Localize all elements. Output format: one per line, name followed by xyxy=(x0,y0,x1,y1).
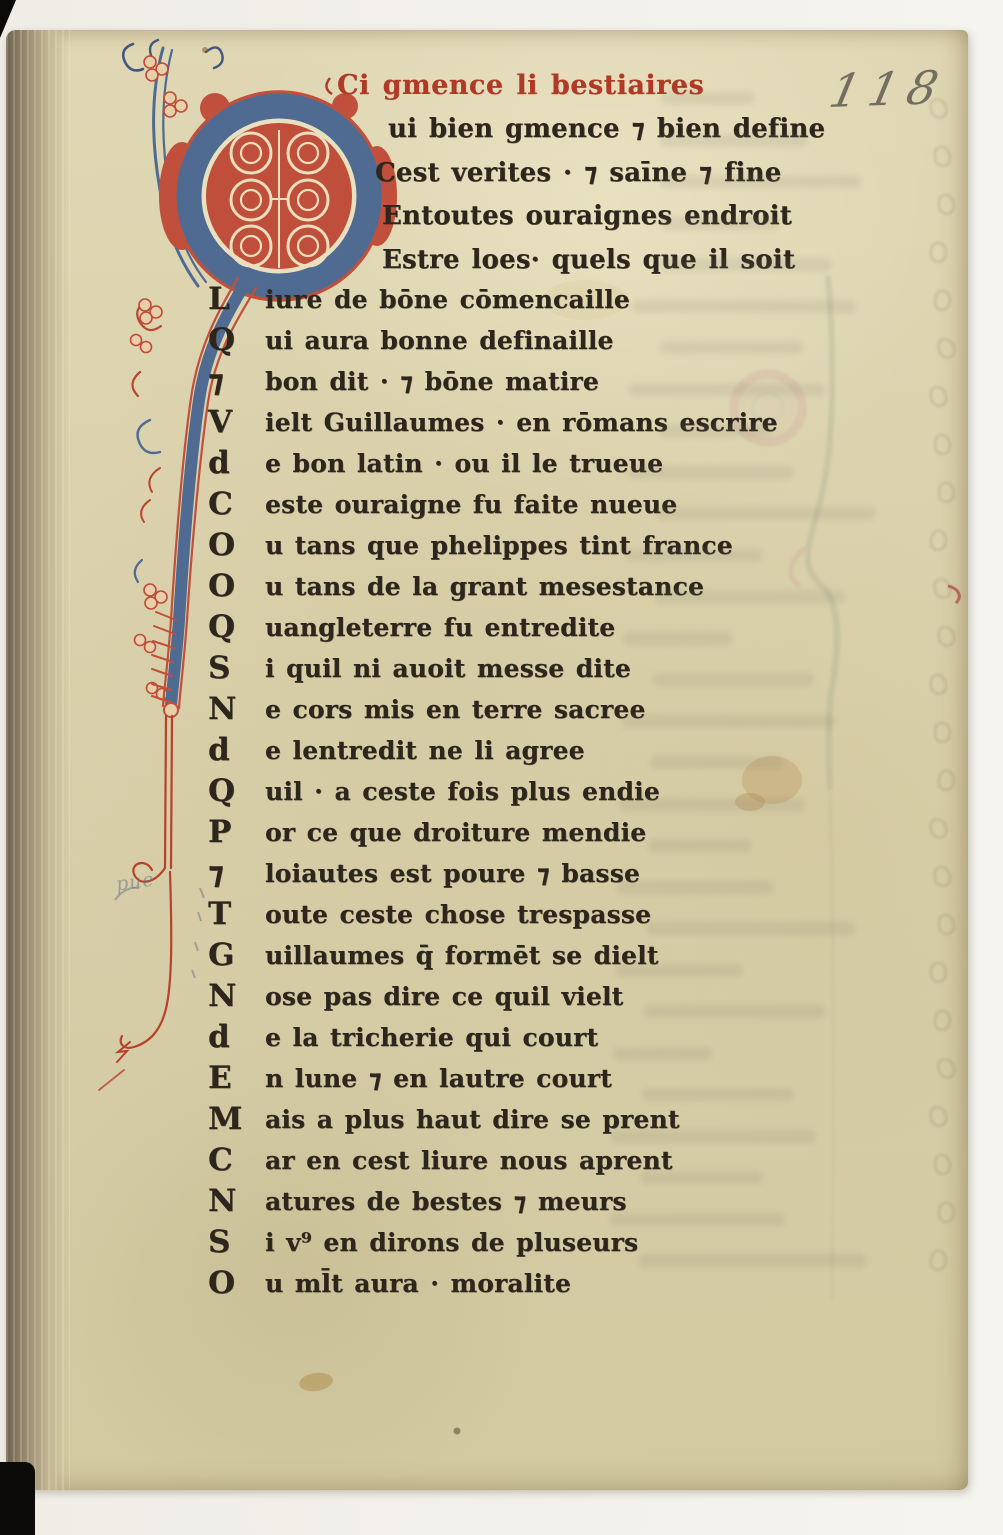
verse-text: n lune ⁊ en lautre court xyxy=(265,1058,612,1099)
marginal-capital: Q xyxy=(208,320,265,361)
marginal-capital: C xyxy=(208,484,265,525)
verse-line: O u ml̄t aura · moralite xyxy=(208,1263,778,1304)
marginal-capital: C xyxy=(208,1140,265,1181)
marginal-capital: V xyxy=(208,402,265,443)
verse-text: ui aura bonne definaille xyxy=(265,320,614,361)
marginal-capital: O xyxy=(208,1263,265,1304)
verse-text: uangleterre fu entredite xyxy=(265,607,615,648)
verse-text: u tans de la grant mesestance xyxy=(265,566,704,607)
marginal-capital: d xyxy=(208,443,265,484)
verse-text: uil · a ceste fois plus endie xyxy=(265,771,660,812)
verse-text: e cors mis en terre sacree xyxy=(265,689,646,730)
rubric-title: Ci gmence li bestiaires xyxy=(337,70,704,101)
manuscript-scan: Ci gmence li bestiaires 118 ui bien gmen… xyxy=(0,0,1003,1535)
verse-text: ar en cest liure nous aprent xyxy=(265,1140,673,1181)
marginal-capital: O xyxy=(208,525,265,566)
marginal-capital: Q xyxy=(208,771,265,812)
verse-text: este ouraigne fu faite nueue xyxy=(265,484,677,525)
verse-text: u ml̄t aura · moralite xyxy=(265,1263,571,1304)
marginal-capital: T xyxy=(208,894,265,935)
marginal-capital: S xyxy=(208,648,265,689)
verse-text: oute ceste chose trespasse xyxy=(265,894,651,935)
verse-text: bon dit · ⁊ bōne matire xyxy=(265,361,599,402)
marginal-capital: N xyxy=(208,976,265,1017)
marginal-capital: L xyxy=(208,279,265,320)
verse-text: loiautes est poure ⁊ basse xyxy=(265,853,640,894)
marginal-capital: d xyxy=(208,730,265,771)
marginal-capital: Q xyxy=(208,607,265,648)
marginal-capital: S xyxy=(208,1222,265,1263)
marginal-capital: O xyxy=(208,566,265,607)
marginal-capital: ⁊ xyxy=(208,853,265,894)
verse-text: iure de bōne cōmencaille xyxy=(265,279,630,320)
verse-text: i quil ni auoit messe dite xyxy=(265,648,631,689)
marginal-capital: M xyxy=(208,1099,265,1140)
marginal-capital: N xyxy=(208,689,265,730)
marginal-capital: d xyxy=(208,1017,265,1058)
marginal-capital: P xyxy=(208,812,265,853)
rubric-paraph xyxy=(326,78,332,94)
marginal-capital: E xyxy=(208,1058,265,1099)
verse-text: or ce que droiture mendie xyxy=(265,812,646,853)
marginal-capital: ⁊ xyxy=(208,361,265,402)
verse-text: e lentredit ne li agree xyxy=(265,730,585,771)
marginal-capital: N xyxy=(208,1181,265,1222)
verse-line: Cest verites · ⁊ saīne ⁊ fine xyxy=(372,152,825,196)
verse-text: e bon latin · ou il le trueue xyxy=(265,443,663,484)
verse-text: ose pas dire ce quil vielt xyxy=(265,976,623,1017)
red-margin-flourish xyxy=(99,716,172,1090)
marginal-capital: G xyxy=(208,935,265,976)
verse-text: e la tricherie qui court xyxy=(265,1017,598,1058)
verse-text: i v⁹ en dirons de pluseurs xyxy=(265,1222,638,1263)
verse-text: uillaumes q̄ formēt se dielt xyxy=(265,935,659,976)
verse-text: atures de bestes ⁊ meurs xyxy=(265,1181,627,1222)
verse-line: ⁊ bon dit · ⁊ bōne matire xyxy=(208,361,778,402)
grey-pen-marks xyxy=(115,888,204,978)
